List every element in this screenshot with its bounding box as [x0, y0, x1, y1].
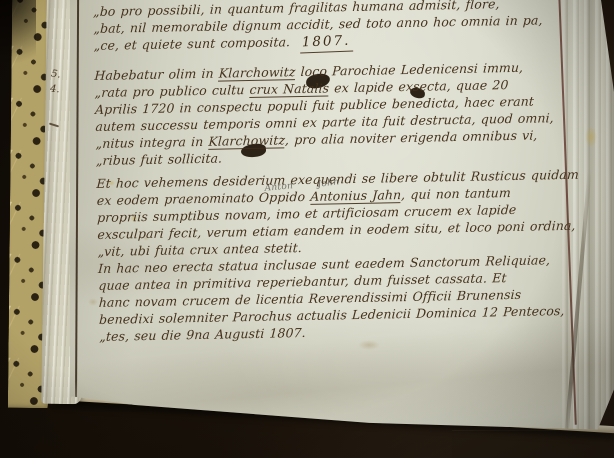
underlined-term: crux Natalis: [249, 80, 329, 98]
donor-entry: Et hoc vehemens desiderium exequendi se …: [96, 165, 606, 260]
manuscript-segment: „ribus fuit sollicita.: [96, 151, 223, 168]
underlined-term: Klarchowitz: [208, 132, 286, 149]
underlined-term: Klarchowitz: [218, 64, 296, 81]
margin-note-bottom: 4.: [50, 85, 60, 96]
manuscript-photo: 5. 4. 1807. Anton John „bo pro possibili…: [0, 0, 614, 458]
left-margin-rule: [75, 0, 79, 434]
manuscript-segment: „nitus integra in: [95, 134, 208, 151]
margin-note-top: 5.: [50, 69, 61, 80]
underlined-term: Antonius Jahn: [310, 187, 402, 205]
manuscript-segment: „rata pro publico cultu: [94, 82, 250, 100]
year-end-summary-fragment: „bo pro possibili, in quantum fragilitas…: [93, 0, 602, 54]
manuscript-lines: „bo pro possibili, in quantum fragilitas…: [93, 0, 607, 345]
manuscript-segment: , qui non tantum: [401, 185, 511, 202]
desk-object-shadow: [452, 430, 614, 458]
manuscript-segment: „tes, seu die 9na Augusti 1807.: [99, 325, 306, 344]
background-corner-top-left: [0, 0, 36, 80]
paper-stain: [88, 298, 98, 306]
paper-stain: [358, 340, 380, 350]
cross-history-entry: Habebatur olim in Klarchowitz loco Paroc…: [94, 57, 604, 169]
manuscript-segment: „ce, et quiete sunt composita.: [93, 34, 290, 53]
manuscript-text: 1807. Anton John „bo pro possibili, in q…: [93, 0, 608, 345]
manuscript-segment: Habebatur olim in: [94, 66, 219, 83]
benediction-entry: In hac neo erecta statua inclusae sunt e…: [98, 250, 608, 345]
